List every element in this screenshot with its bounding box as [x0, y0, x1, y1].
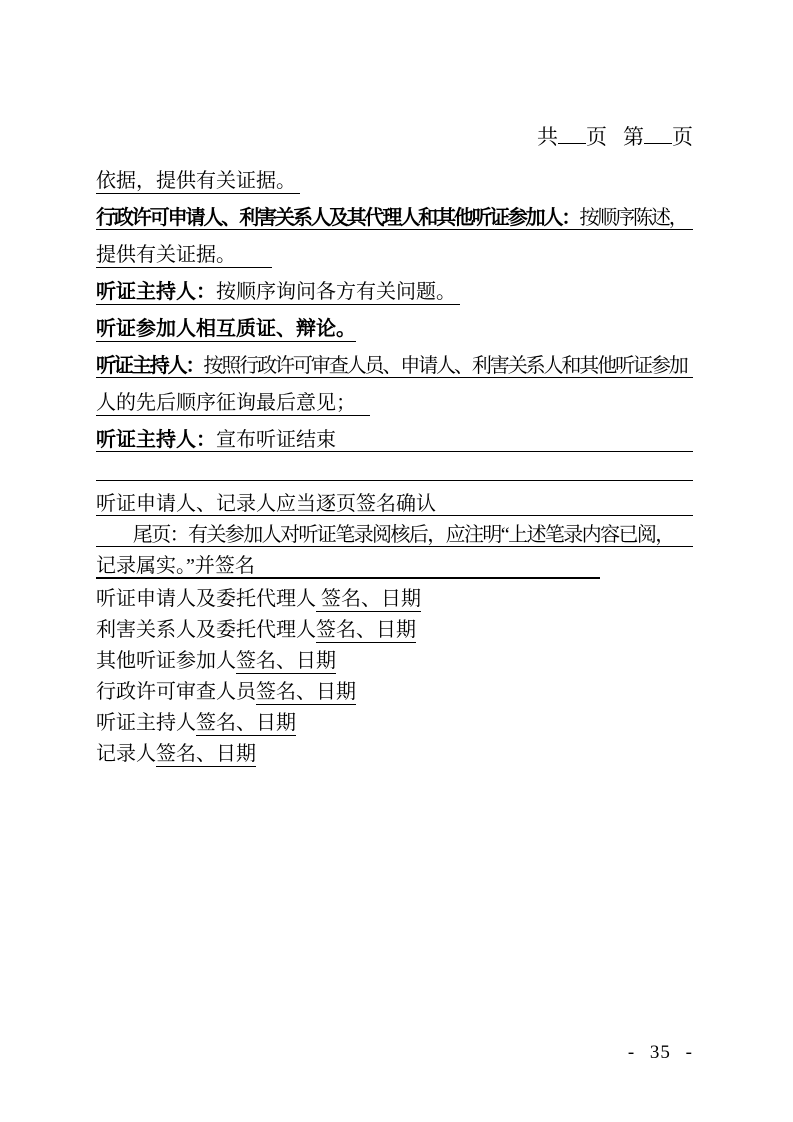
signature-field: 签名、日期: [156, 743, 256, 767]
blank-rule-line: [96, 458, 693, 481]
document-line: 依据，提供有关证据。: [96, 170, 693, 192]
signature-line: 行政许可审查人员签名、日期: [96, 681, 693, 703]
document-line: 听证参加人相互质证、辩论。: [96, 318, 693, 340]
document-line: 听证主持人：按顺序询问各方有关问题。: [96, 281, 693, 303]
document-page: 共页第页 依据，提供有关证据。 行政许可申请人、利害关系人及其代理人和其他听证参…: [0, 0, 793, 1122]
text-run: 提供有关证据。: [96, 244, 272, 268]
signature-line: 记录人签名、日期: [96, 743, 693, 765]
signature-line: 听证主持人签名、日期: [96, 712, 693, 734]
text-run: 听证申请人、记录人应当逐页签名确认: [96, 493, 436, 515]
signature-label: 利害关系人及委托代理人: [96, 619, 316, 641]
signature-field: 签名、日期: [316, 619, 416, 643]
bold-run: 听证主持人：: [96, 429, 216, 451]
page-pagination: 共页第页: [0, 125, 693, 149]
text-run: 按顺序询问各方有关问题。: [216, 281, 460, 305]
text-run: 记录属实。”并签名: [96, 555, 255, 577]
text-run: 尾页：有关参加人对听证笔录阅核后，应注明“上述笔录内容已阅，: [96, 524, 674, 546]
signature-label: 其他听证参加人: [96, 650, 236, 672]
signature-label: 听证申请人及委托代理人: [96, 588, 316, 610]
document-line: 人的先后顺序征询最后意见；: [96, 392, 693, 414]
signature-field: 签名、日期: [236, 650, 336, 674]
signature-field: 签名、日期: [316, 588, 421, 612]
signature-field: 签名、日期: [256, 681, 356, 705]
document-line: 尾页：有关参加人对听证笔录阅核后，应注明“上述笔录内容已阅，: [96, 524, 693, 547]
current-page-label: 第: [623, 125, 644, 149]
document-line: 记录属实。”并签名: [96, 555, 600, 579]
text-run: 按顺序陈述，: [579, 207, 686, 229]
text-run: 宣布听证结束: [216, 429, 336, 451]
signature-line: 其他听证参加人签名、日期: [96, 650, 693, 672]
signature-line: 听证申请人及委托代理人 签名、日期: [96, 588, 693, 610]
signature-label: 行政许可审查人员: [96, 681, 256, 703]
signature-field: 签名、日期: [196, 712, 296, 736]
bold-run: 听证主持人：: [96, 355, 203, 377]
bold-run: 行政许可申请人、利害关系人及其代理人和其他听证参加人：: [96, 207, 579, 229]
text-run: 依据，提供有关证据。: [96, 170, 300, 194]
total-pages-label: 共: [537, 125, 558, 149]
document-line: 提供有关证据。: [96, 244, 693, 266]
text-run: 人的先后顺序征询最后意见；: [96, 392, 370, 416]
total-pages-unit: 页: [586, 125, 607, 149]
document-line: 听证主持人：按照行政许可审查人员、申请人、利害关系人和其他听证参加: [96, 355, 693, 378]
text-run: 按照行政许可审查人员、申请人、利害关系人和其他听证参加: [203, 355, 686, 377]
signature-label: 听证主持人: [96, 712, 196, 734]
signature-label: 记录人: [96, 743, 156, 765]
bold-run: 听证主持人：: [96, 281, 216, 305]
document-line: 行政许可申请人、利害关系人及其代理人和其他听证参加人：按顺序陈述，: [96, 207, 693, 230]
page-number: - 35 -: [0, 1042, 693, 1064]
current-page-unit: 页: [672, 125, 693, 149]
document-line: 听证申请人、记录人应当逐页签名确认: [96, 493, 693, 516]
document-line: 听证主持人：宣布听证结束: [96, 429, 693, 452]
signature-line: 利害关系人及委托代理人签名、日期: [96, 619, 693, 641]
total-pages-blank: [558, 126, 586, 144]
bold-run: 听证参加人相互质证、辩论。: [96, 318, 356, 342]
current-page-blank: [644, 126, 672, 144]
